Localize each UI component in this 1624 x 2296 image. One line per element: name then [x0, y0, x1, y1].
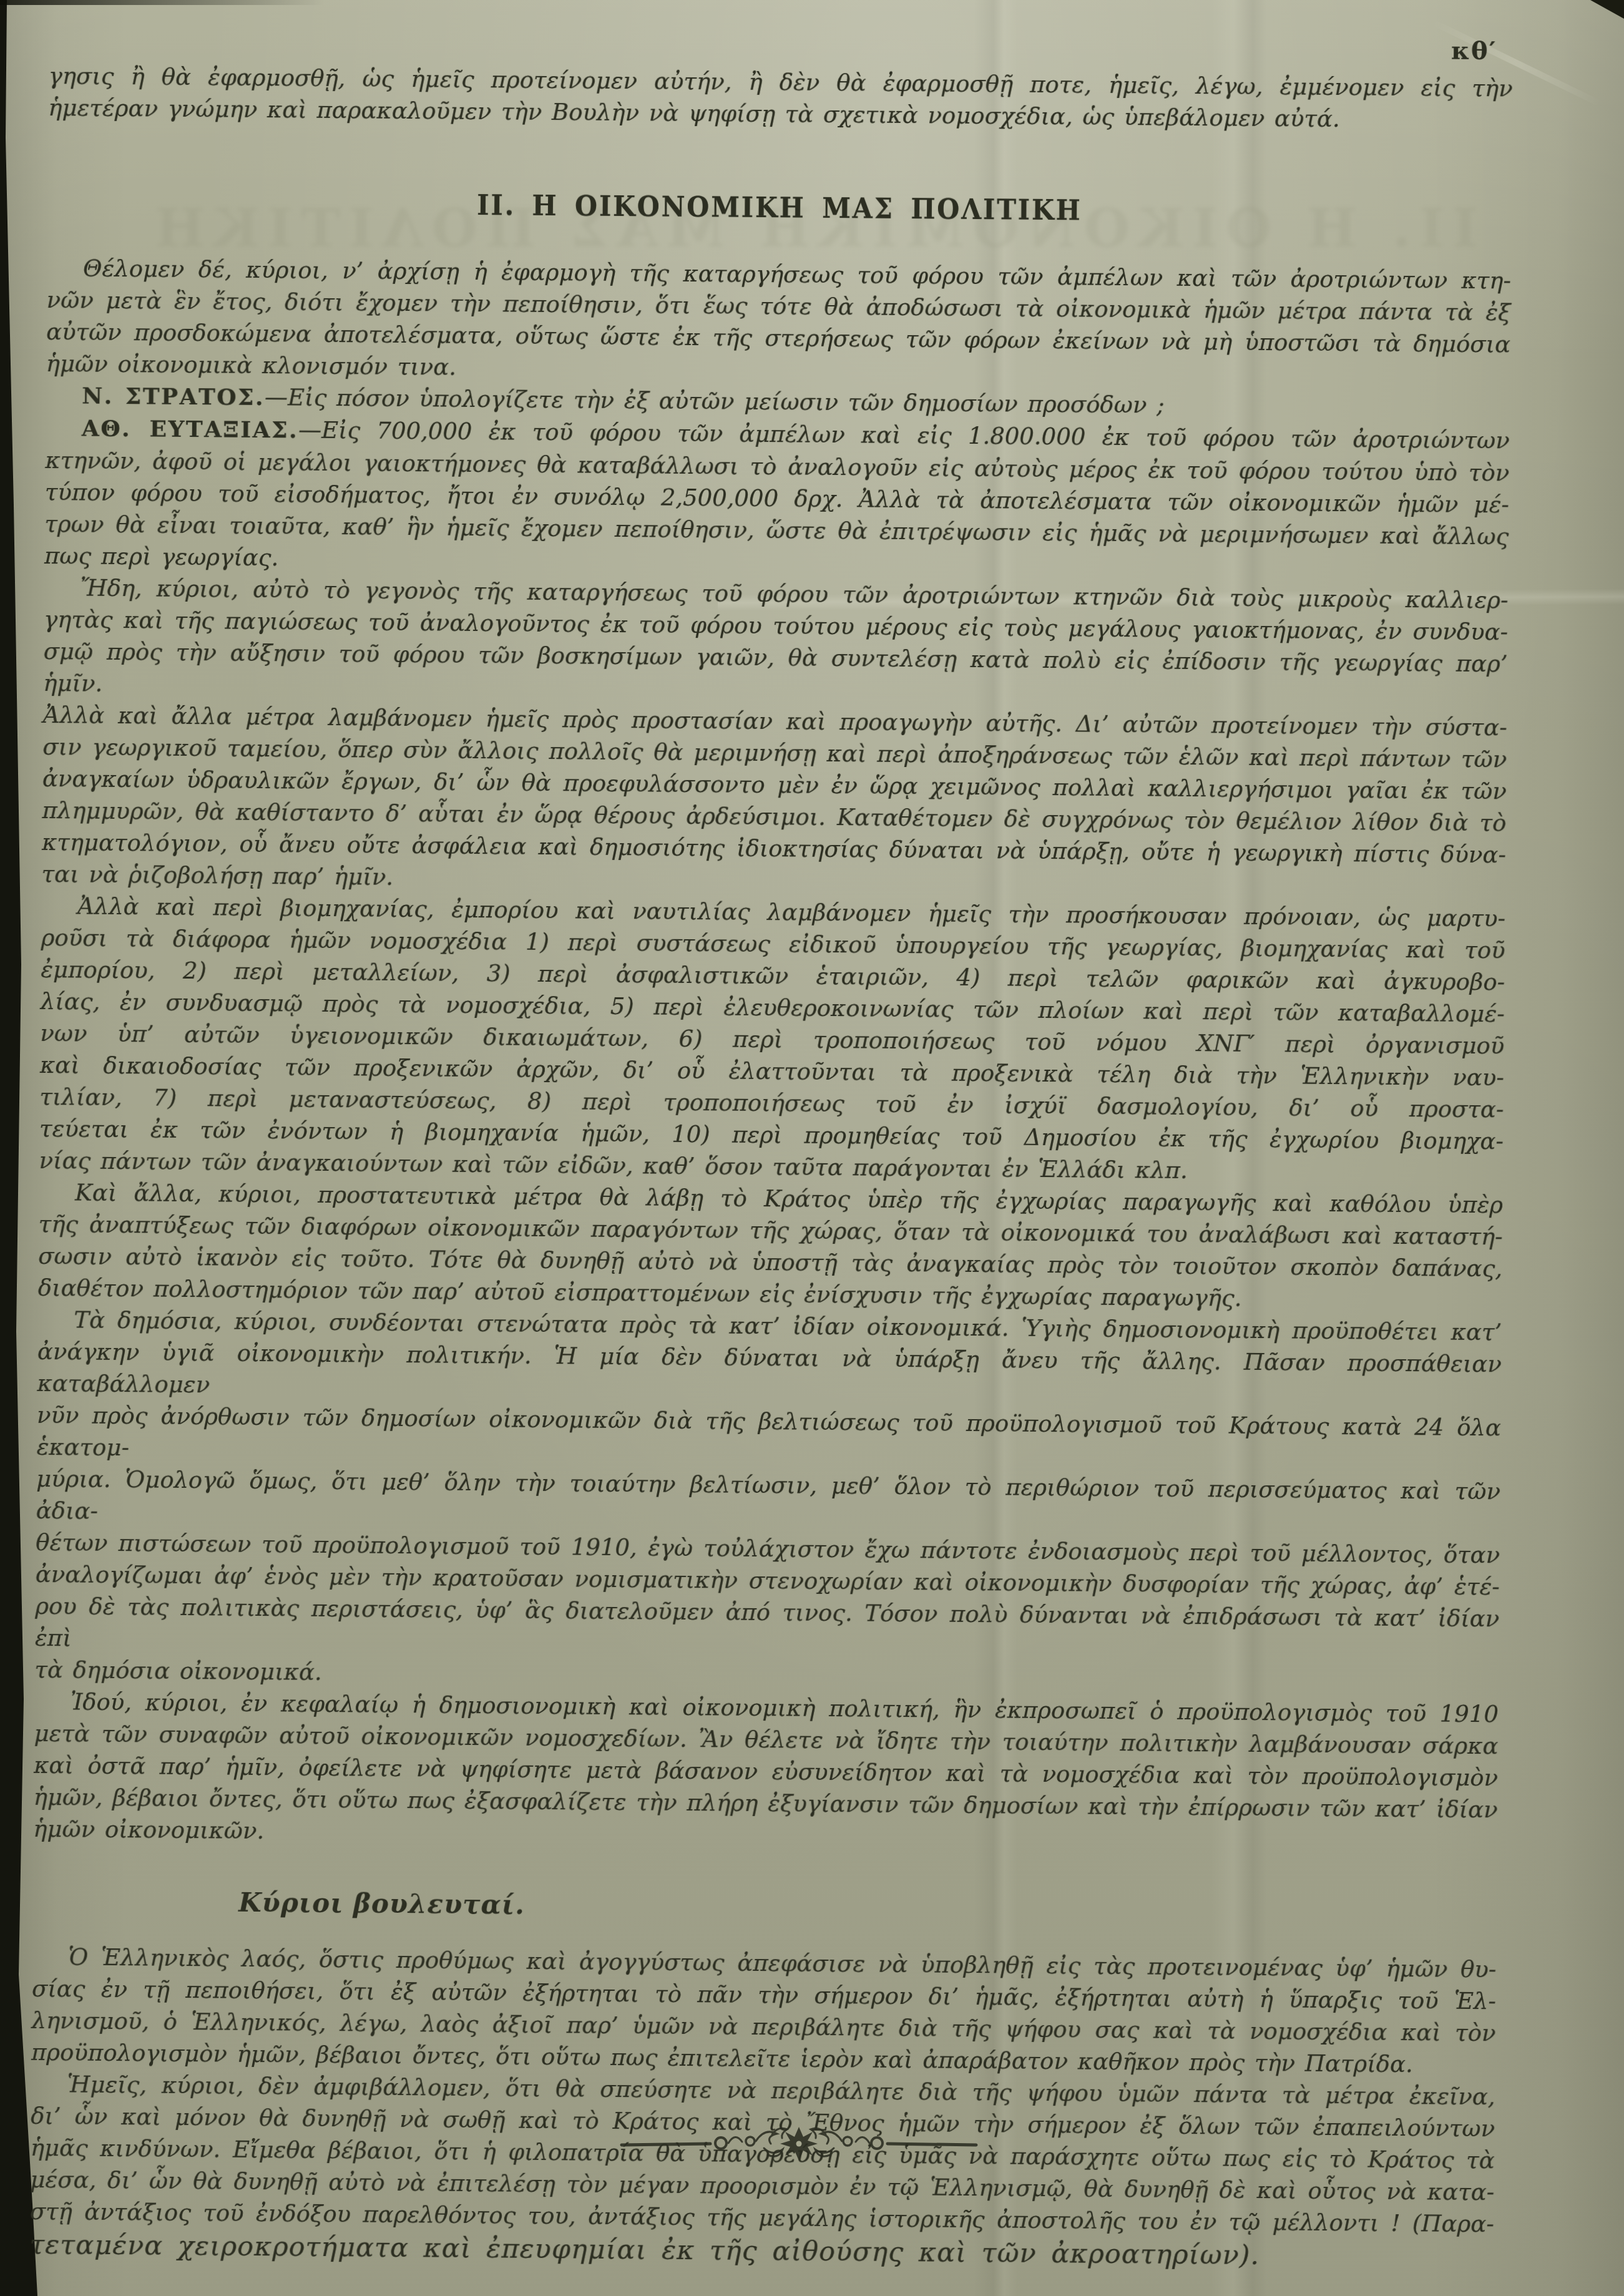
speaker-name: ΑΘ. ΕΥΤΑΞΙΑΣ.	[82, 415, 299, 443]
speaker-name: Ν. ΣΤΡΑΤΟΣ.	[82, 383, 265, 411]
text-block: κθ′ γησις ἢ θὰ ἐφαρμοσθῇ, ὡς ἡμεῖς προτε…	[29, 60, 1513, 2275]
paragraph: Ἰδού, κύριοι, ἐν κεφαλαίῳ ἡ δημοσιονομικ…	[33, 1686, 1499, 1857]
paragraph: Ὁ Ἑλληνικὸς λαός, ὅστις προθύμως καὶ ἀγο…	[31, 1941, 1497, 2081]
paragraph: Ἡμεῖς, κύριοι, δὲν ἀμφιβάλλομεν, ὅτι θὰ …	[29, 2068, 1495, 2275]
page-number: κθ′	[1451, 36, 1497, 66]
speech-paragraph: ΑΘ. ΕΥΤΑΞΙΑΣ.—Εἰς 700,000 ἐκ τοῦ φόρου τ…	[44, 412, 1510, 584]
scan-corner-shadow	[1590, 0, 1624, 19]
scan-top-edge-shadow	[0, 0, 325, 5]
section-heading: ΙΙ. Η ΟΙΚΟΝΟΜΙΚΗ ΜΑΣ ΠΟΛΙΤΙΚΗ	[91, 188, 1468, 230]
paragraph: Τὰ δημόσια, κύριοι, συνδέονται στενώτατα…	[34, 1304, 1502, 1698]
address-heading: Κύριοι βουλευταί.	[238, 1887, 1497, 1930]
paragraph: Ἀλλὰ καὶ περὶ βιομηχανίας, ἐμπορίου καὶ …	[39, 890, 1505, 1189]
paragraph: γησις ἢ θὰ ἐφαρμοσθῇ, ὡς ἡμεῖς προτείνομ…	[48, 60, 1513, 136]
floral-divider-ornament	[618, 2123, 980, 2166]
paragraph: Ἤδη, κύριοι, αὐτὸ τὸ γεγονὸς τῆς καταργή…	[41, 572, 1508, 902]
paragraph: Θέλομεν δέ, κύριοι, ν’ ἀρχίσῃ ἡ ἐφαρμογὴ…	[46, 252, 1512, 392]
body-flow: γησις ἢ θὰ ἐφαρμοσθῇ, ὡς ἡμεῖς προτείνομ…	[29, 60, 1513, 2275]
scanned-document-page: ΙΙ. Η ΟΙΚΟΝΟΜΙΚΗ ΜΑΣ ΠΟΛΙΤΙΚΗ κθ′ γησις …	[0, 0, 1624, 2296]
paragraph: Καὶ ἄλλα, κύριοι, προστατευτικὰ μέτρα θὰ…	[38, 1176, 1504, 1316]
